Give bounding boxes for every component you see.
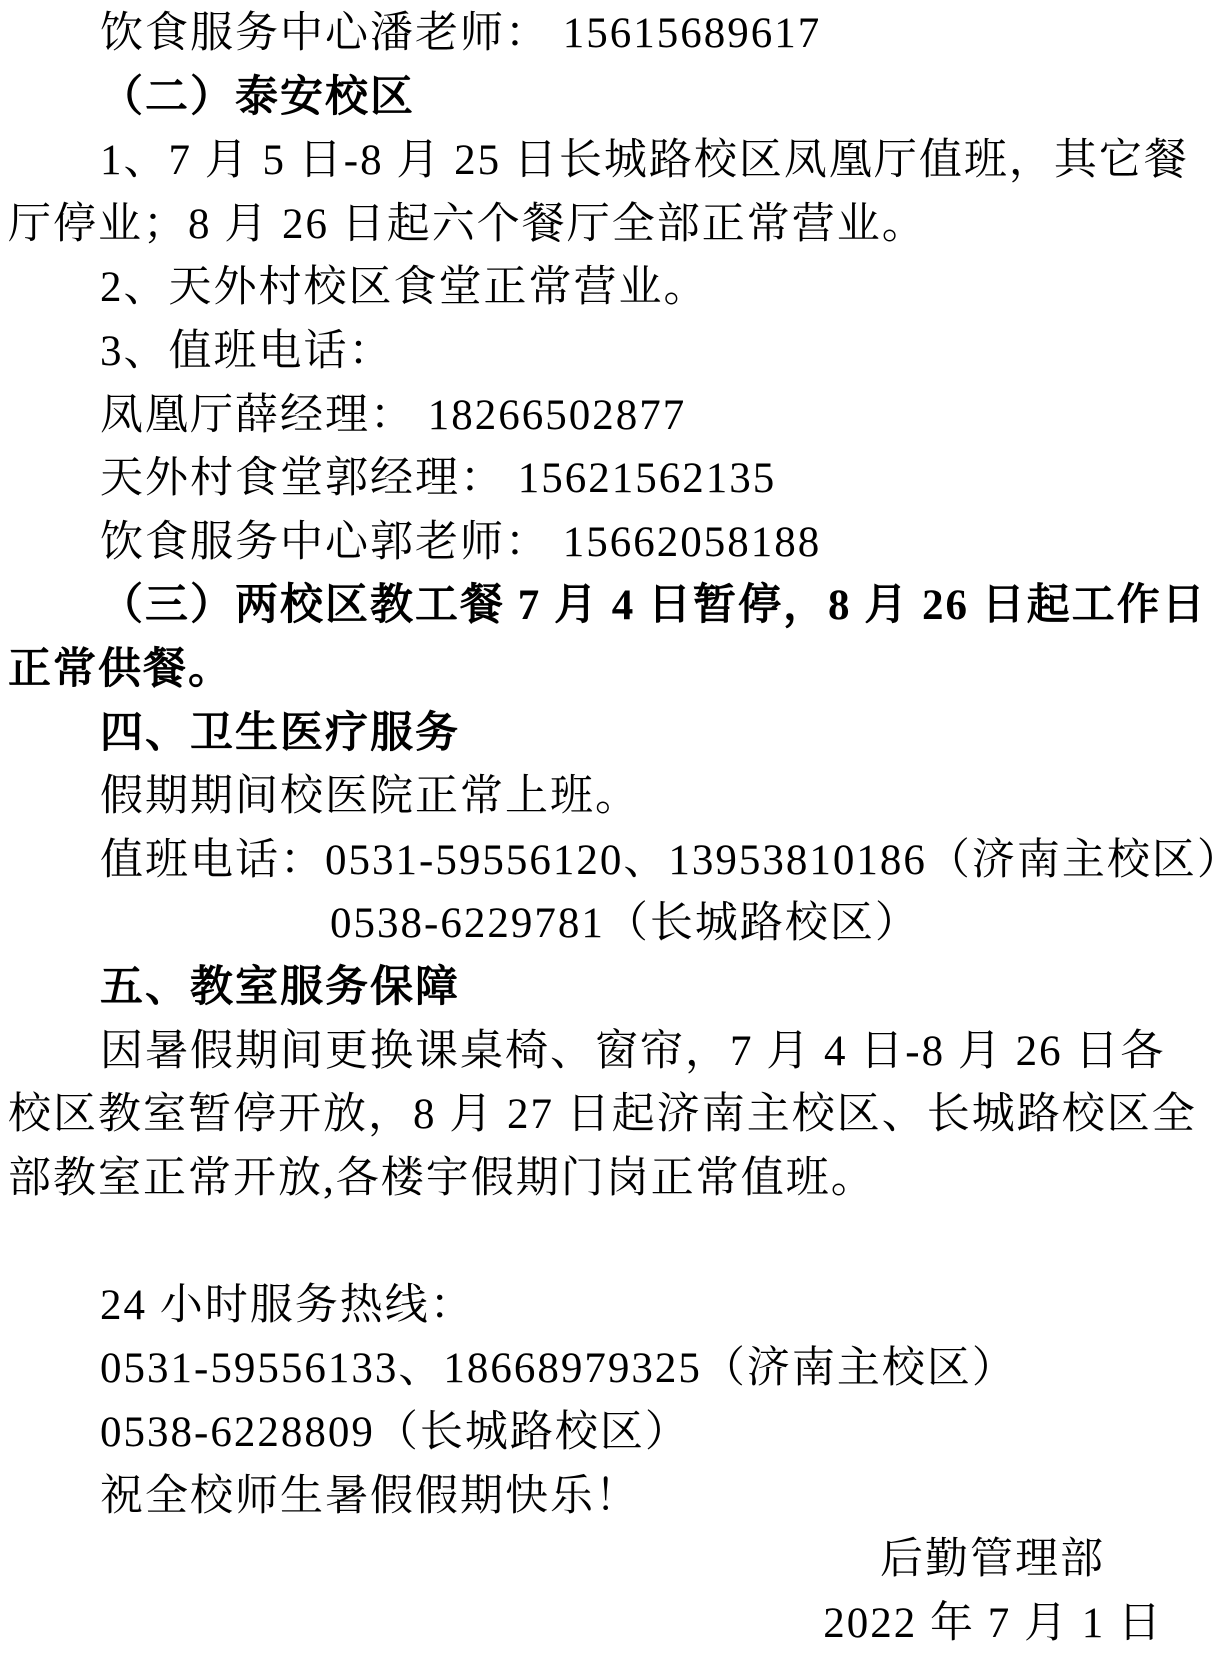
heading-section-5-classroom-service: 五、教室服务保障	[8, 956, 1163, 1020]
line-medical-duty-phone-jinan: 值班电话：0531-59556120、13953810186（济南主校区）	[8, 829, 1163, 893]
line-24h-hotline-label: 24 小时服务热线：	[8, 1274, 1163, 1338]
heading-section-2-taian-campus: （二）泰安校区	[8, 66, 1163, 130]
heading-section-3-staff-meals-part1: （三）两校区教工餐 7 月 4 日暂停，8 月 26 日起工作日	[8, 574, 1163, 638]
line-medical-duty-phone-changcheng: 0538-6229781（长城路校区）	[8, 892, 1163, 956]
line-tianwaicun-canteen-manager-phone: 天外村食堂郭经理： 15621562135	[8, 447, 1163, 511]
heading-section-4-medical-service: 四、卫生医疗服务	[8, 702, 1163, 766]
line-hospital-normal-work: 假期期间校医院正常上班。	[8, 765, 1163, 829]
line-classroom-para-2: 校区教室暂停开放，8 月 27 日起济南主校区、长城路校区全	[8, 1083, 1163, 1147]
line-taian-item3-duty-phone-label: 3、值班电话：	[8, 320, 1163, 384]
line-classroom-para-3: 部教室正常开放,各楼宇假期门岗正常值班。	[8, 1147, 1163, 1211]
line-classroom-para-1: 因暑假期间更换课桌椅、窗帘，7 月 4 日-8 月 26 日各	[8, 1020, 1163, 1084]
line-24h-hotline-jinan: 0531-59556133、18668979325（济南主校区）	[8, 1337, 1163, 1401]
line-signature-department: 后勤管理部	[8, 1528, 1163, 1592]
blank-line	[8, 1210, 1163, 1274]
document-page: 饮食服务中心潘老师： 15615689617 （二）泰安校区 1、7 月 5 日…	[0, 0, 1218, 1655]
line-signature-date: 2022 年 7 月 1 日	[8, 1592, 1163, 1655]
line-taian-item1-part1: 1、7 月 5 日-8 月 25 日长城路校区凤凰厅值班，其它餐	[8, 129, 1163, 193]
line-phoenix-hall-manager-phone: 凤凰厅薛经理： 18266502877	[8, 384, 1163, 448]
line-24h-hotline-changcheng: 0538-6228809（长城路校区）	[8, 1401, 1163, 1465]
line-taian-item2-tianwaicun: 2、天外村校区食堂正常营业。	[8, 256, 1163, 320]
line-dining-center-guo-phone: 饮食服务中心郭老师： 15662058188	[8, 511, 1163, 575]
line-wish-happy-holiday: 祝全校师生暑假假期快乐！	[8, 1465, 1163, 1529]
line-dining-center-pan-phone: 饮食服务中心潘老师： 15615689617	[8, 2, 1163, 66]
line-taian-item1-part2: 厅停业；8 月 26 日起六个餐厅全部正常营业。	[8, 193, 1163, 257]
heading-section-3-staff-meals-part2: 正常供餐。	[8, 638, 1163, 702]
